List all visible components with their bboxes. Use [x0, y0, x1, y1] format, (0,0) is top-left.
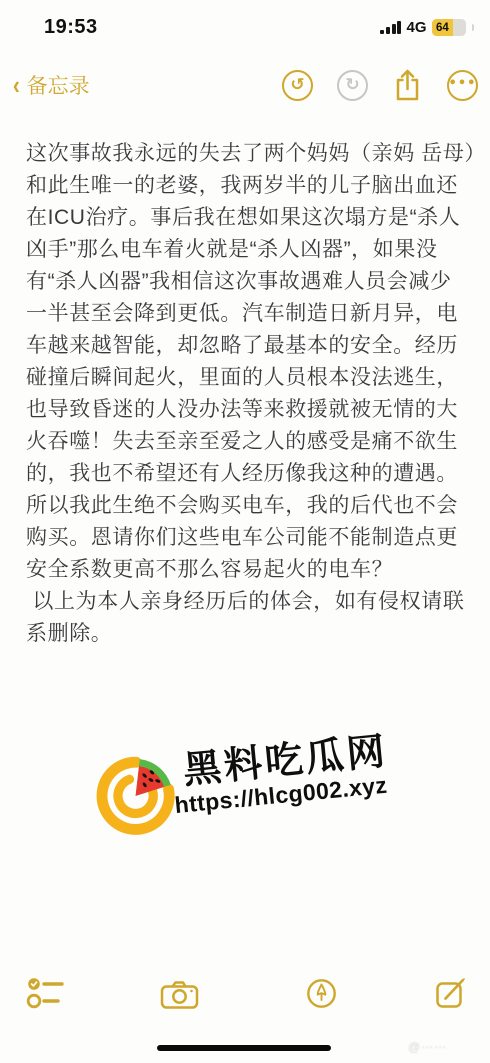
home-indicator[interactable]: [157, 1045, 331, 1051]
network-type-label: 4G: [406, 19, 426, 36]
note-line: 有“杀人凶器”我相信这次事故遇难人员会减少: [26, 266, 470, 298]
melon-logo-icon: [90, 750, 182, 842]
battery-icon: 64: [432, 19, 466, 36]
back-label: 备忘录: [27, 70, 90, 100]
note-line: 和此生唯一的老婆，我两岁半的儿子脑出血还: [26, 170, 470, 202]
note-line: 在ICU治疗。事后我在想如果这次塌方是“杀人: [26, 202, 470, 234]
note-line: 碰撞后瞬间起火，里面的人员根本没法逃生，: [26, 362, 470, 394]
battery-tip: [472, 24, 475, 31]
note-line: 也导致昏迷的人没办法等来救援就被无情的大: [26, 394, 470, 426]
status-bar: 19:53 4G 64: [0, 0, 490, 50]
note-line: 火吞噬！失去至亲至爱之人的感受是痛不欲生: [26, 426, 470, 458]
checklist-button[interactable]: [26, 975, 66, 1014]
camera-button[interactable]: [160, 980, 200, 1015]
compose-icon: [434, 974, 468, 1010]
status-time: 19:53: [44, 16, 98, 39]
notes-app-screen: 19:53 4G 64 ‹ 备忘录 ↺ ↻: [0, 0, 490, 1063]
note-body[interactable]: 这次事故我永远的失去了两个妈妈（亲妈 岳母） 和此生唯一的老婆，我两岁半的儿子脑…: [26, 138, 470, 650]
battery-percent: 64: [432, 19, 454, 36]
undo-button[interactable]: ↺: [282, 70, 313, 101]
redo-button[interactable]: ↻: [337, 70, 368, 101]
site-watermark: 黑料吃瓜网 https://hlcg002.xyz: [88, 712, 437, 859]
undo-icon: ↺: [290, 75, 304, 95]
note-line: 安全系数更高不那么容易起火的电车？: [26, 554, 470, 586]
back-button[interactable]: ‹ 备忘录: [12, 70, 90, 100]
share-icon: [392, 68, 423, 102]
more-button[interactable]: •••: [447, 70, 478, 101]
share-button[interactable]: [392, 68, 423, 102]
note-line: 凶手”那么电车着火就是“杀人凶器”，如果没: [26, 234, 470, 266]
note-line: 系删除。: [26, 618, 470, 650]
redo-icon: ↻: [345, 75, 359, 95]
markup-button[interactable]: [306, 978, 337, 1014]
note-line: 车越来越智能，却忽略了最基本的安全。经历: [26, 330, 470, 362]
checklist-icon: [26, 975, 66, 1009]
note-line: 以上为本人亲身经历后的体会，如有侵权请联: [26, 586, 470, 618]
more-ellipsis-icon: •••: [449, 84, 477, 87]
camera-icon: [160, 980, 200, 1010]
note-line: 的，我也不希望还有人经历像我这种的遭遇。: [26, 458, 470, 490]
note-line: 一半甚至会降到更低。汽车制造日新月异，电: [26, 298, 470, 330]
compose-button[interactable]: [434, 974, 468, 1015]
signal-strength-icon: [380, 21, 401, 34]
markup-pen-icon: [306, 978, 337, 1009]
back-chevron-icon: ‹: [13, 72, 20, 98]
nav-bar: ‹ 备忘录 ↺ ↻ •••: [0, 60, 490, 112]
note-line: 购买。恩请你们这些电车公司能不能制造点更: [26, 522, 470, 554]
photo-corner-watermark: @⋯⋯: [408, 1040, 447, 1054]
bottom-toolbar: [0, 963, 490, 1023]
note-line: 这次事故我永远的失去了两个妈妈（亲妈 岳母）: [26, 138, 470, 170]
note-line: 所以我此生绝不会购买电车，我的后代也不会: [26, 490, 470, 522]
